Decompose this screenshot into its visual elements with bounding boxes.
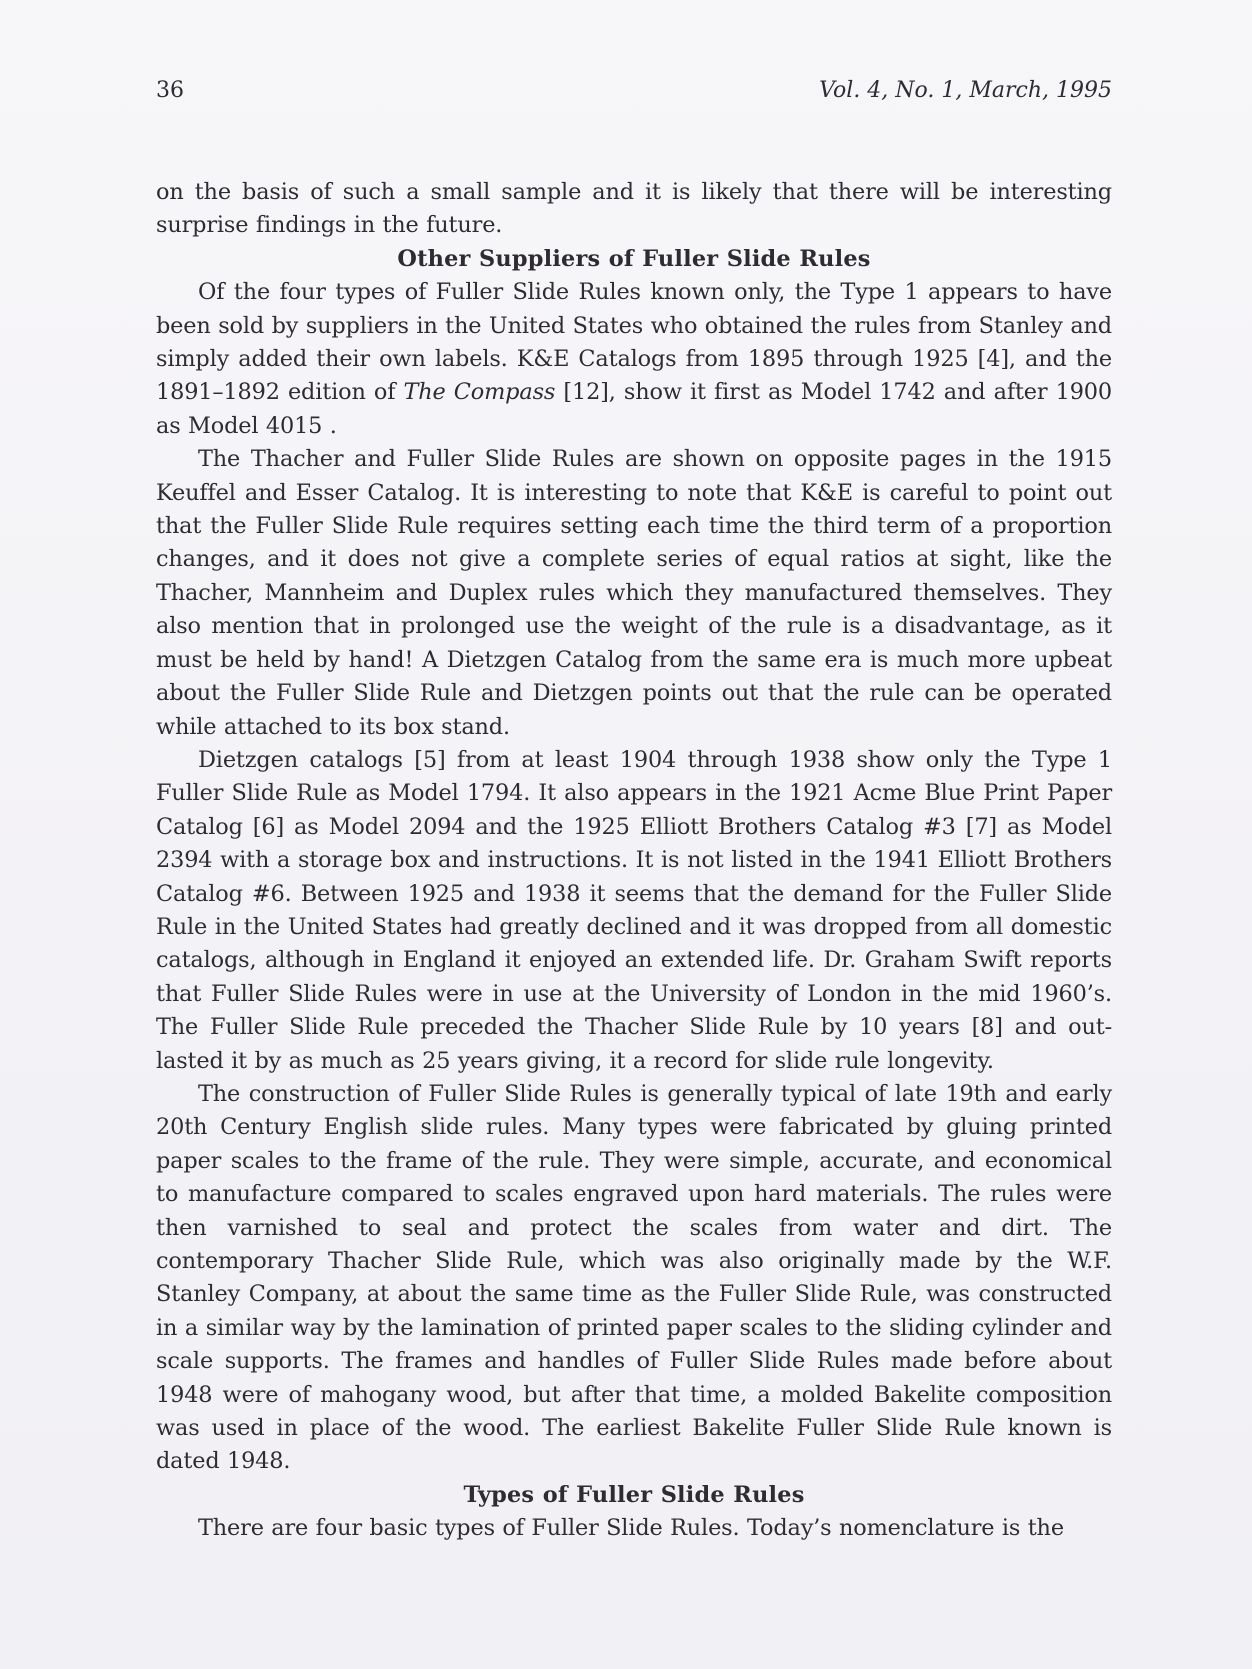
paragraph-continuation: on the basis of such a small sample and …	[156, 176, 1112, 243]
article-body: on the basis of such a small sample and …	[156, 176, 1112, 1546]
paragraph-dietzgen-catalogs: Dietzgen catalogs [5] from at least 1904…	[156, 744, 1112, 1078]
section-heading-types: Types of Fuller Slide Rules	[156, 1479, 1112, 1512]
page-number: 36	[156, 78, 184, 103]
page-header: 36 Vol. 4, No. 1, March, 1995	[156, 78, 1112, 112]
paragraph-type1-suppliers: Of the four types of Fuller Slide Rules …	[156, 276, 1112, 443]
section-heading-other-suppliers: Other Suppliers of Fuller Slide Rules	[156, 243, 1112, 276]
paragraph-types-intro: There are four basic types of Fuller Sli…	[156, 1512, 1112, 1545]
running-head: Vol. 4, No. 1, March, 1995	[819, 78, 1112, 103]
paragraph-construction: The construction of Fuller Slide Rules i…	[156, 1078, 1112, 1479]
paragraph-ke-catalog: The Thacher and Fuller Slide Rules are s…	[156, 443, 1112, 744]
publication-title: The Compass	[403, 379, 555, 405]
document-page: 36 Vol. 4, No. 1, March, 1995 on the bas…	[0, 0, 1252, 1669]
